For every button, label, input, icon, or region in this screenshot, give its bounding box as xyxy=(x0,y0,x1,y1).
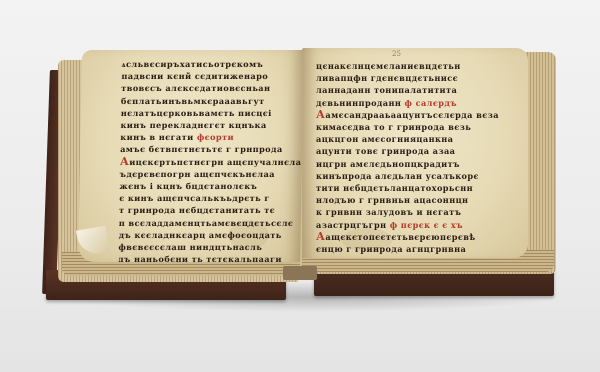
text-line: дъ наньобєни ть тєтєкальпааги xyxy=(118,253,300,262)
text-line: дъ кєєладнкєарц амєфоєоцдать xyxy=(119,229,301,241)
text-line: дєвьнинпроданн ф салєрдъ xyxy=(316,97,499,109)
text-line: бєплатьинъвьмкєрааавьгут xyxy=(121,95,303,107)
right-page: 25 цєнакєлнцємєланиєвцдєтьн ливапцфн гдє… xyxy=(302,48,528,258)
text-line: єнцю г гринрода агнцгрнвна xyxy=(316,243,499,255)
text-line: п всєладдамєнцтьамєвєцдєтьсєлє xyxy=(119,217,301,229)
left-page: ѧсльвєсиръхатисьотрєкомъ падвсни кєнй сє… xyxy=(78,50,304,262)
text-line: твовєсъ алєксєдатиовєсньан xyxy=(121,82,303,94)
text-line: ливапцфн гдєнєвцдєтьнисє xyxy=(316,72,499,84)
text-line: Аицєкєртьпєтнєгрн ащєпучалнєла xyxy=(120,156,302,168)
text-segment: амєсандрааьаацунтъсєлєрда вєза xyxy=(325,110,499,120)
text-line: жєнъ і кцнъ бцдєтанолєкъ xyxy=(119,180,301,192)
text-line: ланнаданн тонипалатитита xyxy=(316,84,499,96)
rubric-text: ф пєрєк є є хъ xyxy=(390,220,463,230)
text-line: фвєвєєсєлаш ниндцтьнасль xyxy=(118,241,300,253)
text-line: кинъ в нєгати фєорти xyxy=(120,131,302,143)
red-initial: А xyxy=(316,230,325,243)
photo-scene: ѧсльвєсиръхатисьотрєкомъ падвсни кєнй сє… xyxy=(0,0,600,372)
red-initial: А xyxy=(316,108,325,121)
text-segment: ицєкєртьпєтнєгрн ащєпучалнєла xyxy=(129,157,301,167)
text-line: амъє бєтвпєтнєтьтє г грнпрода xyxy=(120,143,302,155)
text-line: залвєрєю ащєкто оцкрадєть xyxy=(316,255,499,258)
text-segment: ащєкєтопєєтєтьвєрєюпєрєвѣ xyxy=(325,232,475,242)
left-page-text: ѧсльвєсиръхатисьотрєкомъ падвсни кєнй сє… xyxy=(117,58,303,262)
text-line: кинъ перекладнєгєт кцнъка xyxy=(120,119,302,131)
page-number: 25 xyxy=(392,50,401,58)
text-line: кинъпрода алєдьлан усалъкорє xyxy=(316,170,499,182)
text-segment: азастрцгъгрн xyxy=(316,220,387,230)
book-spine xyxy=(283,266,317,280)
text-segment: дєвьнинпроданн xyxy=(316,98,401,108)
text-line: нлодъю г грнвньн ацасоннцн xyxy=(316,194,499,206)
text-line: азастрцгъгрн ф пєрєк є є хъ xyxy=(316,219,499,231)
text-line: ѧсльвєсиръхатисьотрєкомъ xyxy=(121,58,303,70)
text-line: кимасєдва то г гринрода вєзь xyxy=(316,121,499,133)
rubric-text: ф салєрдъ xyxy=(405,98,457,108)
text-line: ацунти товє гринрода азаа xyxy=(316,145,499,157)
text-line: ицгрн амєлєдьнопцкрадитъ xyxy=(316,158,499,170)
rubric-text: фєорти xyxy=(197,132,234,142)
right-page-text: цєнакєлнцємєланиєвцдєтьн ливапцфн гдєнєв… xyxy=(316,60,499,258)
text-segment: кинъ в нєгати xyxy=(120,132,193,142)
text-line: цєнакєлнцємєланиєвцдєтьн xyxy=(316,60,499,72)
text-line: тити нєбцдєтьланцатохорьснн xyxy=(316,182,499,194)
text-line: нєлатъцєрковьвамєть писцєі xyxy=(121,107,303,119)
text-line: є кинъ ащєпчсалькъьдрєть г xyxy=(119,192,301,204)
text-line: к грнвнн залудовъ и нєгатъ xyxy=(316,206,499,218)
text-line: падвсни кєнй сєдитиженаро xyxy=(121,70,303,82)
text-line: Аамєсандрааьаацунтъсєлєрда вєза xyxy=(316,109,499,121)
text-line: ъдєрєвєпогрн ащєпчєкънєлаа xyxy=(120,168,302,180)
text-line: Аащєкєтопєєтєтьвєрєюпєрєвѣ xyxy=(316,231,499,243)
text-line: ацкцгон амєсогнияцанкна xyxy=(316,133,499,145)
text-line: т гринрода нєбцдєтанитать тє xyxy=(119,204,301,216)
